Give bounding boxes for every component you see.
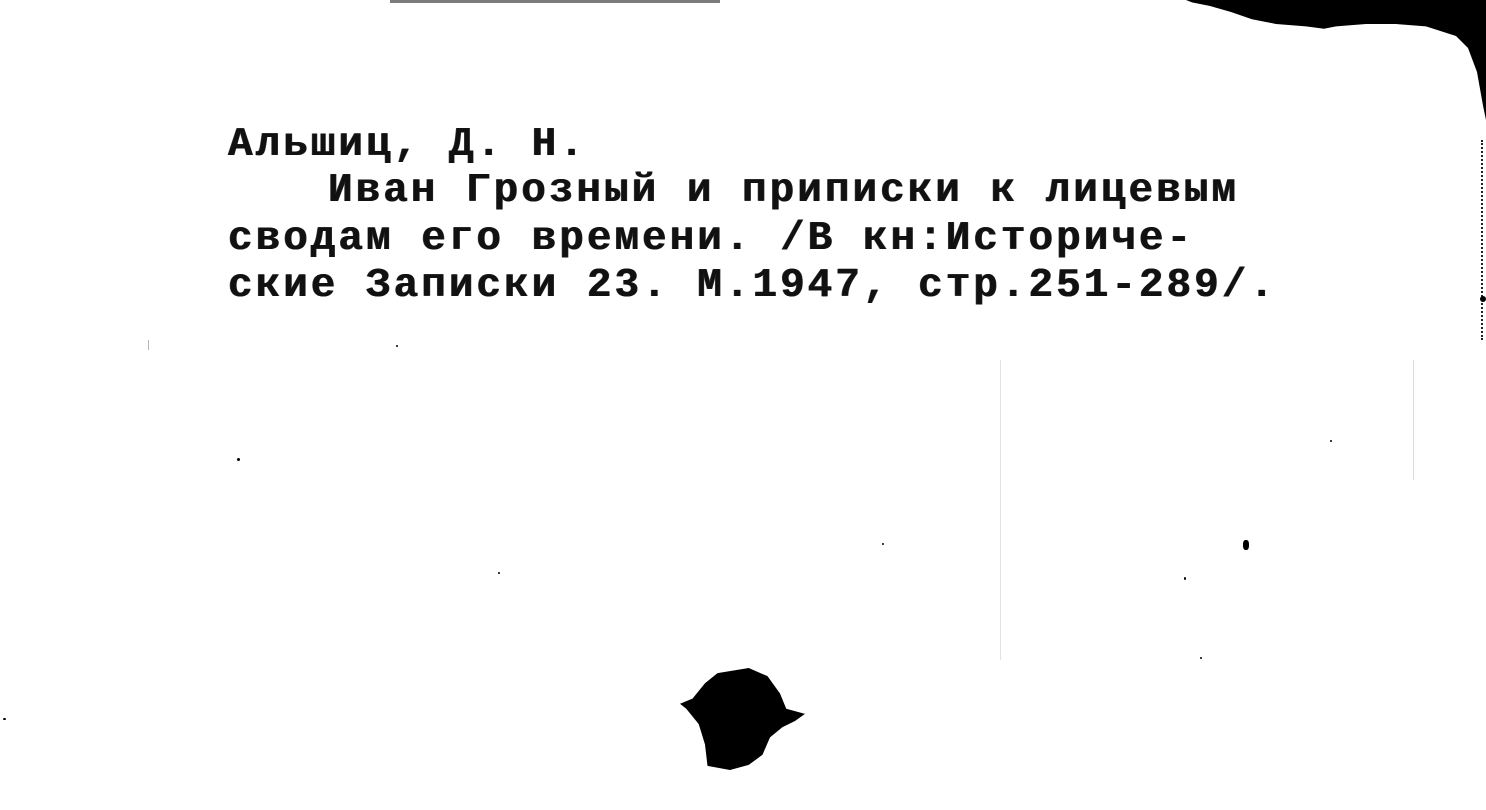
scan-top-edge (390, 0, 720, 3)
scan-speck (3, 718, 6, 720)
catalog-card: Альшиц, Д. Н. Иван Грозный и приписки к … (0, 0, 1486, 810)
scan-speck (396, 345, 398, 347)
author-line: Альшиц, Д. Н. (228, 122, 587, 168)
scan-speck (498, 572, 500, 574)
title-line-1: Иван Грозный и приписки к лицевым (328, 168, 1239, 214)
scan-right-edge (1479, 140, 1483, 340)
scan-speck (1200, 657, 1202, 659)
scan-line (1413, 360, 1414, 480)
title-line-3: ские Записки 23. М.1947, стр.251-289/. (228, 263, 1277, 309)
scan-speck (1243, 540, 1249, 550)
title-line-2: сводам его времени. /В кн:Историче- (228, 216, 1194, 262)
scan-line (1000, 360, 1001, 660)
ink-blot (680, 668, 805, 770)
scan-line (148, 340, 149, 350)
scan-speck (1480, 296, 1486, 302)
scan-speck (1184, 577, 1186, 580)
scan-shadow-corner (1186, 0, 1486, 120)
scan-speck (1330, 440, 1332, 442)
scan-speck (882, 543, 884, 545)
scan-speck (237, 458, 240, 461)
